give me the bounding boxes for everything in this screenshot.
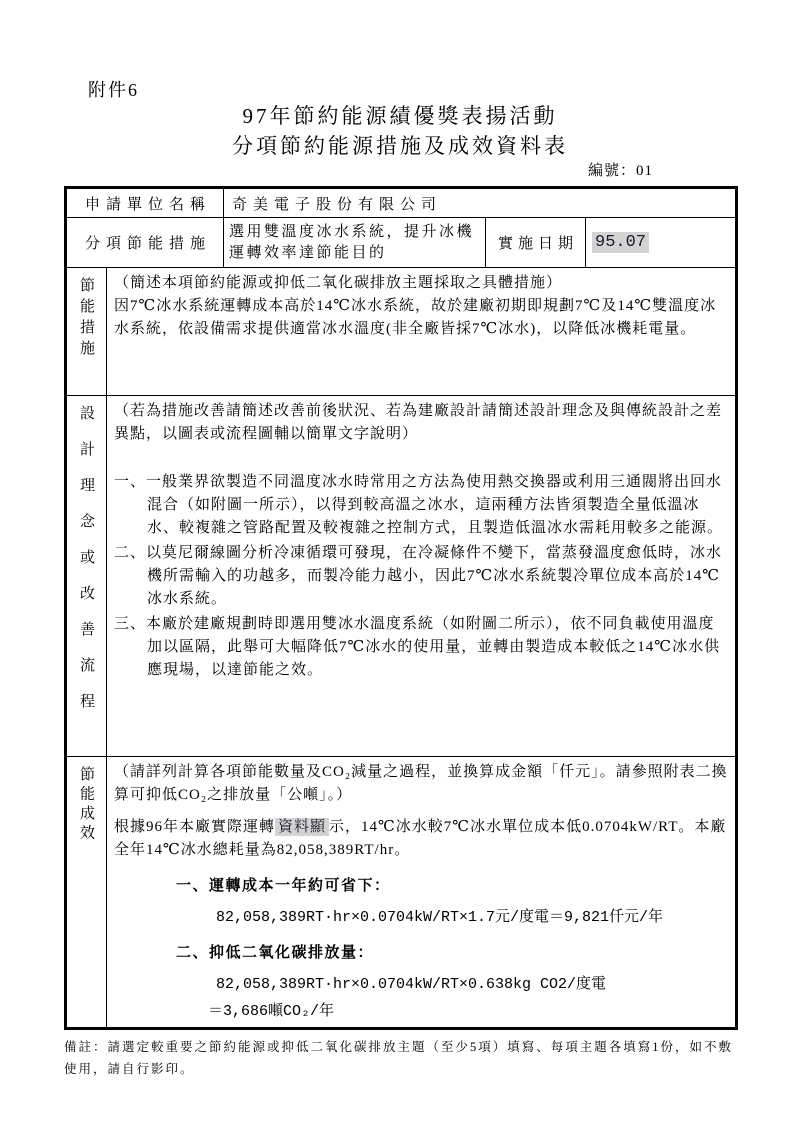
section-results-content: （請詳列計算各項節能數量及CO₂減量之過程，並換算成金額「仟元」。請參照附表二換…: [106, 757, 735, 1027]
design-item-1: 一、一般業界欲製造不同溫度冰水時常用之方法為使用熱交換器或利用三通閥將出回水混合…: [114, 471, 728, 540]
implementation-date-value: 95.07: [592, 232, 649, 253]
design-item-2: 二、以莫尼爾線圖分析冷凍循環可發現，在冷凝條件不變下，當蒸發溫度愈低時，冰水機所…: [114, 542, 728, 611]
section-results: 節能成效 （請詳列計算各項節能數量及CO₂減量之過程，並換算成金額「仟元」。請參…: [67, 756, 735, 1027]
section-results-label: 節能成效: [76, 766, 97, 1027]
design-hint: （若為措施改善請簡述改善前後狀況、若為建廠設計請簡述設計理念及與傳統設計之差異點…: [114, 400, 728, 446]
results-item-1-title: 一、運轉成本一年約可省下：: [176, 875, 728, 898]
results-intro-highlight: 資料顯: [275, 818, 329, 836]
document-page: 附件6 97年節約能源績優獎表揚活動 分項節約能源措施及成效資料表 編號：01 …: [0, 0, 800, 1131]
implementation-date-label: 實施日期: [485, 218, 585, 267]
section-design-label-cell: 設計理念或改善流程: [67, 396, 106, 756]
results-item-2-title: 二、抑低二氧化碳排放量：: [176, 942, 728, 965]
section-design-content: （若為措施改善請簡述改善前後狀況、若為建廠設計請簡述設計理念及與傳統設計之差異點…: [106, 396, 735, 756]
applicant-name-value: 奇美電子股份有限公司: [223, 189, 735, 217]
applicant-row: 申請單位名稱 奇美電子股份有限公司: [67, 189, 735, 217]
design-item-2-number: 二、: [114, 545, 146, 561]
section-measures-content: （簡述本項節約能源或抑低二氧化碳排放主題採取之具體措施） 因7℃冰水系統運轉成本…: [106, 268, 735, 395]
design-item-3: 三、本廠於建廠規劃時即選用雙冰水溫度系統（如附圖二所示），依不同負載使用溫度加以…: [114, 613, 728, 682]
results-item-1-formula: 82,058,389RT·hr×0.0704kW/RT×1.7元/度電＝9,82…: [216, 906, 728, 929]
design-item-2-text: 以莫尼爾線圖分析冷凍循環可發現，在冷凝條件不變下，當蒸發溫度愈低時，冰水機所需輸…: [146, 545, 722, 607]
design-item-1-text: 一般業界欲製造不同溫度冰水時常用之方法為使用熱交換器或利用三通閥將出回水混合（如…: [146, 474, 723, 536]
section-design-label: 設計理念或改善流程: [76, 405, 97, 756]
measure-label: 分項節能措施: [67, 218, 223, 267]
section-measures: 節能措施 （簡述本項節約能源或抑低二氧化碳排放主題採取之具體措施） 因7℃冰水系…: [67, 267, 735, 395]
measure-value: 選用雙溫度冰水系統，提升冰機運轉效率達節能目的: [223, 218, 485, 267]
measures-hint: （簡述本項節約能源或抑低二氧化碳排放主題採取之具體措施）: [114, 272, 728, 295]
section-measures-label-cell: 節能措施: [67, 268, 106, 395]
design-items: 一、一般業界欲製造不同溫度冰水時常用之方法為使用熱交換器或利用三通閥將出回水混合…: [114, 471, 728, 682]
design-item-1-number: 一、: [114, 474, 146, 490]
document-title-line1: 97年節約能源績優獎表揚活動: [0, 100, 800, 130]
results-intro-pre: 根據96年本廠實際運轉: [114, 819, 275, 835]
results-item-2-formula: 82,058,389RT·hr×0.0704kW/RT×0.638kg CO2/…: [216, 973, 728, 996]
serial-number: 編號：01: [588, 159, 653, 180]
section-measures-label: 節能措施: [76, 277, 97, 395]
design-item-3-number: 三、: [114, 616, 146, 632]
measure-row: 分項節能措施 選用雙溫度冰水系統，提升冰機運轉效率達節能目的 實施日期 95.0…: [67, 217, 735, 267]
results-intro: 根據96年本廠實際運轉資料顯示，14℃冰水較7℃冰水單位成本低0.0704kW/…: [114, 816, 728, 862]
document-title-line2: 分項節約能源措施及成效資料表: [0, 130, 800, 160]
section-design: 設計理念或改善流程 （若為措施改善請簡述改善前後狀況、若為建廠設計請簡述設計理念…: [67, 395, 735, 756]
design-item-3-text: 本廠於建廠規劃時即選用雙冰水溫度系統（如附圖二所示），依不同負載使用溫度加以區隔…: [146, 616, 720, 678]
footnote: 備註：請選定較重要之節約能源或抑低二氧化碳排放主題（至少5項）填寫、每項主題各填…: [64, 1036, 744, 1080]
section-results-label-cell: 節能成效: [67, 757, 106, 1027]
results-hint: （請詳列計算各項節能數量及CO₂減量之過程，並換算成金額「仟元」。請參照附表二換…: [114, 761, 728, 807]
attachment-label: 附件6: [88, 76, 139, 102]
results-item-2-result: ＝3,686噸CO₂/年: [208, 1000, 728, 1023]
measures-body: 因7℃冰水系統運轉成本高於14℃冰水系統，故於建廠初期即規劃7℃及14℃雙溫度冰…: [114, 295, 728, 341]
form-table: 申請單位名稱 奇美電子股份有限公司 分項節能措施 選用雙溫度冰水系統，提升冰機運…: [64, 186, 738, 1030]
implementation-date-field: 95.07: [585, 218, 735, 267]
applicant-name-label: 申請單位名稱: [67, 189, 223, 217]
